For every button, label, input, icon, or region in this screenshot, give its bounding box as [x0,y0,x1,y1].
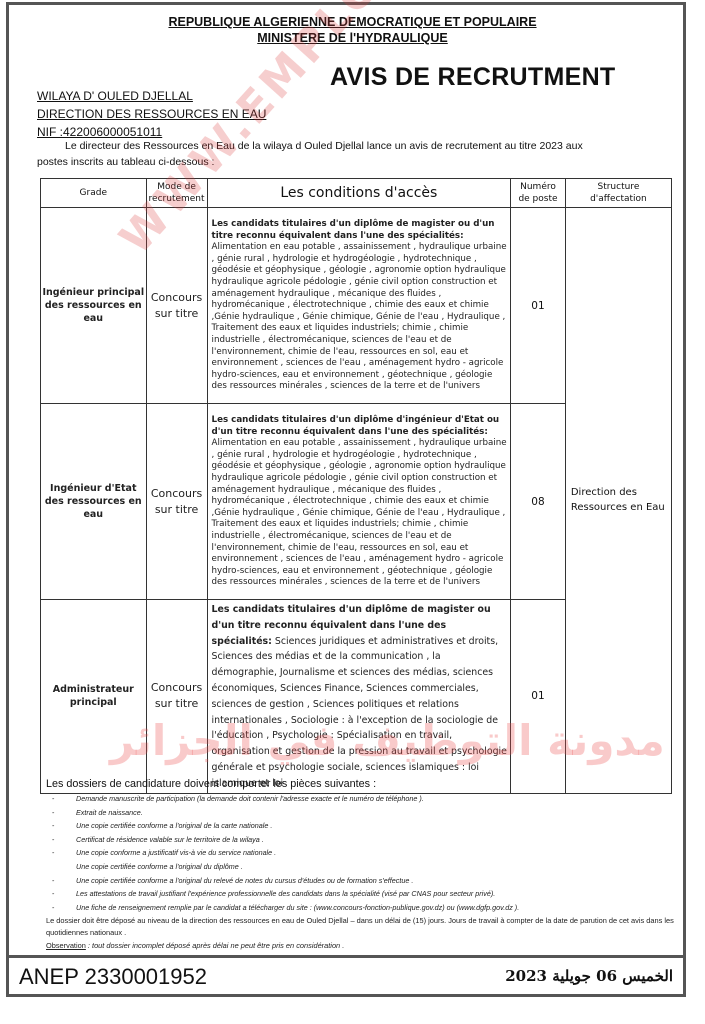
publication-footer: ANEP 2330001952 الخميس 06 جويلية 2023 [6,955,686,997]
grade-cell: Administrateur principal [41,600,147,794]
list-item: Une fiche de renseignement remplie par l… [46,901,686,915]
positions-table: Grade Mode de recrutement Les conditions… [40,178,672,794]
conditions-cell: Les candidats titulaires d'un diplôme d'… [207,404,511,600]
anep-reference: ANEP 2330001952 [19,964,207,990]
numero-cell: 01 [511,600,566,794]
grade-cell: Ingénieur principal des ressources en ea… [41,208,147,404]
required-documents: Les dossiers de candidature doivent comp… [46,778,686,952]
page-title: AVIS DE RECRUTMENT [330,63,616,92]
republic-line: REPUBLIQUE ALGERIENNE DEMOCRATIQUE ET PO… [0,14,705,30]
documents-list: Demande manuscrite de participation (la … [46,792,686,914]
header-grade: Grade [41,179,147,208]
list-item: Demande manuscrite de participation (la … [46,792,686,806]
documents-title: Les dossiers de candidature doivent comp… [46,778,686,790]
list-item: Une copie certifiée conforme a l'origina… [46,819,686,833]
list-item: Extrait de naissance. [46,806,686,820]
conditions-cell: Les candidats titulaires d'un diplôme de… [207,208,511,404]
structure-cell: Direction des Ressources en Eau [565,208,671,794]
direction-line: DIRECTION DES RESSOURCES EN EAU [37,105,266,123]
list-item: Une copie conforme a justificatif vis-à … [46,846,686,860]
observation-line: Observation : tout dossier incomplet dép… [46,939,686,952]
issuer-block: WILAYA D' OULED DJELLAL DIRECTION DES RE… [37,87,266,141]
ministry-line: MINISTERE DE l'HYDRAULIQUE [0,30,705,46]
numero-cell: 08 [511,404,566,600]
header-mode: Mode de recrutement [146,179,207,208]
conditions-cell: Les candidats titulaires d'un diplôme de… [207,600,511,794]
intro-paragraph: Le directeur des Ressources en Eau de la… [37,138,677,170]
table-row: Ingénieur principal des ressources en ea… [41,208,672,404]
list-item: Une copie certifiée conforme a l'origina… [46,874,686,888]
numero-cell: 01 [511,208,566,404]
mode-cell: Concours sur titre [146,208,207,404]
wilaya-line: WILAYA D' OULED DJELLAL [37,87,266,105]
mode-cell: Concours sur titre [146,600,207,794]
document-heading: REPUBLIQUE ALGERIENNE DEMOCRATIQUE ET PO… [0,14,705,46]
header-conditions: Les conditions d'accès [207,179,511,208]
grade-cell: Ingénieur d'Etat des ressources en eau [41,404,147,600]
header-structure: Structure d'affectation [565,179,671,208]
header-numero: Numéro de poste [511,179,566,208]
deposit-paragraph: Le dossier doit être déposé au niveau de… [46,915,686,939]
publication-date: الخميس 06 جويلية 2023 [505,967,673,985]
list-item: Certificat de résidence valable sur le t… [46,833,686,847]
list-item: Les attestations de travail justifiant l… [46,887,686,901]
mode-cell: Concours sur titre [146,404,207,600]
table-header-row: Grade Mode de recrutement Les conditions… [41,179,672,208]
list-item: Une copie certifiée conforme a l'origina… [46,860,686,874]
